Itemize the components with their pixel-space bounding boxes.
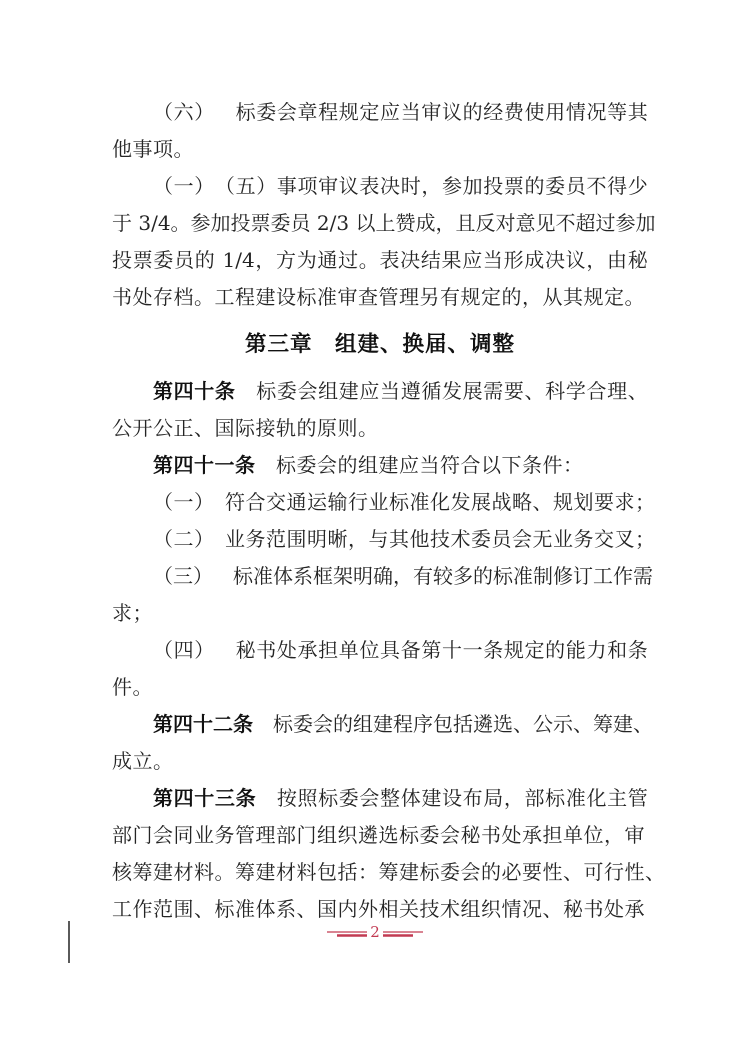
text-line: 公开公正、国际接轨的原则。 <box>112 410 648 447</box>
text-line: 第四十二条 标委会的组建程序包括遴选、公示、筹建、 <box>112 706 648 743</box>
document-page: （六） 标委会章程规定应当审议的经费使用情况等其他事项。（一）（五）事项审议表决… <box>0 0 750 1060</box>
text-line: 于 3/4。参加投票委员 2/3 以上赞成，且反对意见不超过参加 <box>112 205 648 242</box>
text-line: 部门会同业务管理部门组织遴选标委会秘书处承担单位，审 <box>112 817 648 854</box>
page-number: 2 <box>370 925 380 940</box>
text-line: 成立。 <box>112 743 648 780</box>
text-line: 工作范围、标准体系、国内外相关技术组织情况、秘书处承 <box>112 891 648 928</box>
text-line: （一） 符合交通运输行业标准化发展战略、规划要求； <box>112 484 648 521</box>
text-line: （三） 标准体系框架明确，有较多的标准制修订工作需 <box>112 558 648 595</box>
footer-dash-left <box>327 926 367 940</box>
text-line: 第四十三条 按照标委会整体建设布局，部标准化主管 <box>112 780 648 817</box>
text-line: 件。 <box>112 669 648 706</box>
text-line: 求； <box>112 595 648 632</box>
text-line: 第四十一条 标委会的组建应当符合以下条件： <box>112 447 648 484</box>
text-line: （六） 标委会章程规定应当审议的经费使用情况等其 <box>112 94 648 131</box>
page-footer: 2 <box>0 925 750 940</box>
text-line: 投票委员的 1/4，方为通过。表决结果应当形成决议，由秘 <box>112 242 648 279</box>
text-line: 第四十条 标委会组建应当遵循发展需要、科学合理、 <box>112 373 648 410</box>
document-content: （六） 标委会章程规定应当审议的经费使用情况等其他事项。（一）（五）事项审议表决… <box>112 94 648 928</box>
text-line: （二） 业务范围明晰，与其他技术委员会无业务交叉； <box>112 521 648 558</box>
chapter-heading: 第三章 组建、换届、调整 <box>112 326 648 363</box>
text-line: （一）（五）事项审议表决时，参加投票的委员不得少 <box>112 168 648 205</box>
margin-mark <box>68 921 70 963</box>
footer-dash-right <box>383 926 423 940</box>
text-line: 他事项。 <box>112 131 648 168</box>
text-line: 核筹建材料。筹建材料包括：筹建标委会的必要性、可行性、 <box>112 854 648 891</box>
text-line: （四） 秘书处承担单位具备第十一条规定的能力和条 <box>112 632 648 669</box>
text-line: 书处存档。工程建设标准审查管理另有规定的，从其规定。 <box>112 279 648 316</box>
